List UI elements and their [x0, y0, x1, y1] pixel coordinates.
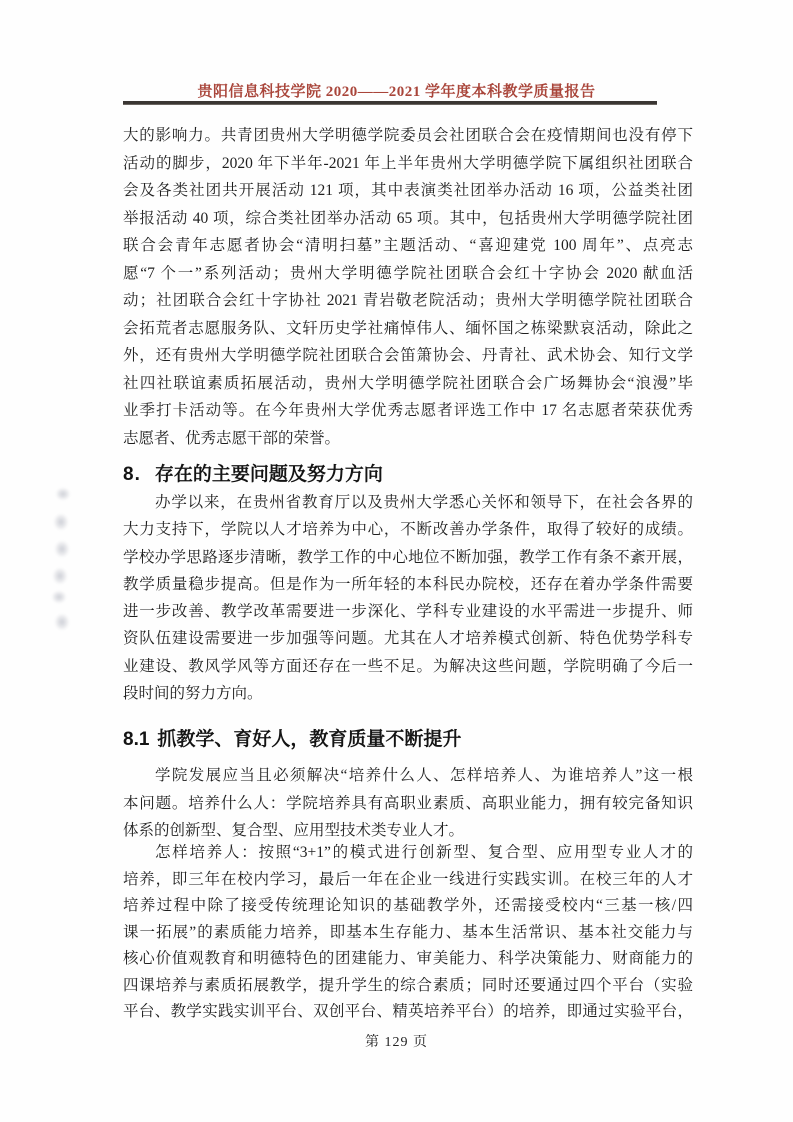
section-8-1-number: 8.1	[123, 729, 149, 750]
text-line: 愿“7 个一”系列活动；贵州大学明德学院社团联合会红十字协会 2020 献血活	[123, 260, 693, 288]
text-line: 进一步改善、教学改革需要进一步深化、学科专业建设的水平需进一步提升、师	[123, 598, 693, 625]
text-line: 举报活动 40 项，综合类社团举办活动 65 项。其中，包括贵州大学明德学院社团	[123, 205, 693, 233]
document-page: 贵阳信息科技学院 2020——2021 学年度本科教学质量报告 大的影响力。共青…	[0, 0, 793, 1122]
page-header-title: 贵阳信息科技学院 2020——2021 学年度本科教学质量报告	[0, 80, 793, 101]
margin-bleedthrough-mark	[52, 591, 66, 603]
text-line: 联合会青年志愿者协会“清明扫墓”主题活动、“喜迎建党 100 周年”、点亮志	[123, 232, 693, 260]
text-line: 会及各类社团共开展活动 121 项，其中表演类社团举办活动 16 项，公益类社团	[123, 177, 693, 205]
paragraph-whom-to-cultivate: 学院发展应当且必须解决“培养什么人、怎样培养人、为谁培养人”这一根 本问题。培养…	[123, 762, 693, 845]
margin-bleedthrough-mark	[54, 514, 68, 530]
text-line: 大的影响力。共青团贵州大学明德学院委员会社团联合会在疫情期间也没有停下	[123, 122, 693, 150]
margin-bleedthrough-mark	[55, 614, 69, 630]
section-8-number: 8.	[123, 464, 141, 485]
paragraph-how-to-cultivate: 怎样培养人：按照“3+1”的模式进行创新型、复合型、应用型专业人才的 培养，即三…	[123, 840, 693, 1026]
text-line: 培养过程中除了接受传统理论知识的基础教学外，还需接受校内“三基一核/四	[123, 893, 693, 920]
paragraph-problems-overview: 办学以来，在贵州省教育厅以及贵州大学悉心关怀和领导下，在社会各界的 大力支持下，…	[123, 489, 693, 707]
text-line: 培养，即三年在校内学习，最后一年在企业一线进行实践实训。在校三年的人才	[123, 867, 693, 894]
section-8-1-heading: 8.1抓教学、育好人，教育质量不断提升	[123, 724, 693, 751]
text-line: 本问题。培养什么人：学院培养具有高职业素质、高职业能力，拥有较完备知识	[123, 790, 693, 818]
text-line: 学校办学思路逐步清晰，教学工作的中心地位不断加强，教学工作有条不紊开展，	[123, 544, 693, 571]
text-line: 志愿者、优秀志愿干部的荣誉。	[123, 425, 693, 453]
section-8-title: 存在的主要问题及努力方向	[155, 464, 383, 485]
section-8-heading: 8.存在的主要问题及努力方向	[123, 459, 693, 486]
text-line: 资队伍建设需要进一步加强等问题。尤其在人才培养模式创新、特色优势学科专	[123, 625, 693, 652]
page-number: 第 129 页	[0, 1031, 793, 1051]
text-line: 社四社联谊素质拓展活动，贵州大学明德学院社团联合会广场舞协会“浪漫”毕	[123, 370, 693, 398]
margin-bleedthrough-mark	[53, 568, 67, 584]
text-line: 活动的脚步，2020 年下半年-2021 年上半年贵州大学明德学院下属组织社团联…	[123, 150, 693, 178]
text-line: 外，还有贵州大学明德学院社团联合会笛箫协会、丹青社、武术协会、知行文学	[123, 342, 693, 370]
text-line: 办学以来，在贵州省教育厅以及贵州大学悉心关怀和领导下，在社会各界的	[123, 489, 693, 516]
text-line: 怎样培养人：按照“3+1”的模式进行创新型、复合型、应用型专业人才的	[123, 840, 693, 867]
section-8-1-title: 抓教学、育好人，教育质量不断提升	[157, 729, 461, 750]
margin-bleedthrough-mark	[55, 541, 69, 557]
paragraph-club-activities: 大的影响力。共青团贵州大学明德学院委员会社团联合会在疫情期间也没有停下 活动的脚…	[123, 122, 693, 452]
header-rule	[123, 101, 657, 105]
margin-bleedthrough-mark	[56, 488, 70, 500]
text-line: 业季打卡活动等。在今年贵州大学优秀志愿者评选工作中 17 名志愿者荣获优秀	[123, 397, 693, 425]
text-line: 平台、教学实践实训平台、双创平台、精英培养平台）的培养，即通过实验平台，	[123, 999, 693, 1026]
text-line: 业建设、教风学风等方面还存在一些不足。为解决这些问题，学院明确了今后一	[123, 653, 693, 680]
text-line: 会拓荒者志愿服务队、文轩历史学社痛悼伟人、缅怀国之栋梁默哀活动，除此之	[123, 315, 693, 343]
text-line: 段时间的努力方向。	[123, 680, 693, 707]
text-line: 学院发展应当且必须解决“培养什么人、怎样培养人、为谁培养人”这一根	[123, 762, 693, 790]
text-line: 课一拓展”的素质能力培养，即基本生存能力、基本生活常识、基本社交能力与	[123, 920, 693, 947]
text-line: 大力支持下，学院以人才培养为中心，不断改善办学条件，取得了较好的成绩。	[123, 516, 693, 543]
text-line: 四课培养与素质拓展教学，提升学生的综合素质；同时还要通过四个平台（实验	[123, 973, 693, 1000]
text-line: 核心价值观教育和明德特色的团建能力、审美能力、科学决策能力、财商能力的	[123, 946, 693, 973]
text-line: 教学质量稳步提高。但是作为一所年轻的本科民办院校，还存在着办学条件需要	[123, 571, 693, 598]
text-line: 动；社团联合会红十字协社 2021 青岩敬老院活动；贵州大学明德学院社团联合	[123, 287, 693, 315]
